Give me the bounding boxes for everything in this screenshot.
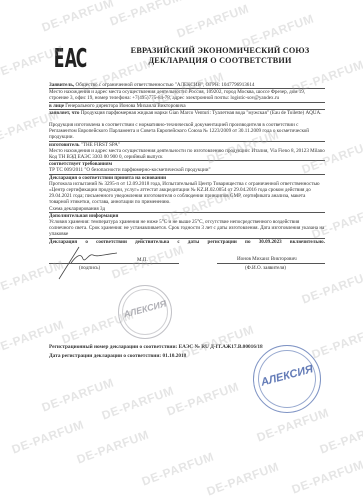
requirements-value: ТР ТС 009/2011 "О безопасности парфюмерн…: [49, 167, 325, 174]
person-label: в лице: [49, 103, 64, 109]
registration-date-value: 01.10.2018: [162, 353, 186, 359]
declaration-page: Е А С ЕВРАЗИЙСКИЙ ЭКОНОМИЧЕСКИЙ СОЮЗ ДЕК…: [0, 0, 363, 500]
eac-logo: Е А С: [52, 45, 82, 73]
declares-label: заявляет, что: [49, 110, 79, 116]
manufacturer-value: "THE FIRST SPA": [81, 142, 120, 148]
watermark: DE-PARFUM: [40, 375, 116, 414]
registration-date-label: Дата регистрации декларации о соответств…: [49, 353, 161, 359]
watermark: DE-PARFUM: [100, 383, 176, 422]
watermark: DE-PARFUM: [108, 0, 184, 29]
watermark: DE-PARFUM: [175, 1, 251, 40]
production-note: Продукция изготовлена в соответствии с н…: [49, 122, 325, 142]
eac-logo-letter: С: [76, 45, 81, 73]
watermark: DE-PARFUM: [40, 0, 116, 35]
eac-logo-letter: А: [65, 45, 70, 73]
watermark: DE-PARFUM: [10, 417, 86, 456]
additional-value: Условия хранения: температура хранения н…: [49, 219, 325, 239]
name-caption: (Ф.И.О. заявителя): [245, 265, 286, 271]
watermark: DE-PARFUM: [318, 417, 363, 456]
basis-value: Протокола испытаний № 3295-п от 12.09.20…: [49, 181, 325, 206]
signature-line: [49, 263, 179, 264]
seal-stamp-gray: АЛЕКСИЯ: [118, 285, 172, 339]
watermark: DE-PARFUM: [290, 457, 363, 496]
declares-row: заявляет, что Продукция парфюмерная жидк…: [49, 110, 325, 116]
declaration-scheme: Схема декларирования 3д: [49, 206, 325, 213]
applicant-address: Место нахождения и адрес места осуществл…: [49, 89, 325, 102]
signature-caption: (подпись): [79, 265, 100, 271]
stamp-text: АЛЕКСИЯ: [119, 297, 172, 320]
registration-number-value: ЕАЭС № RU Д-IT.АЖ17.В.00016/18: [179, 344, 263, 350]
eac-logo-letter: Е: [54, 45, 59, 73]
stamp-text: АЛЕКСИЯ: [254, 362, 321, 391]
watermark: DE-PARFUM: [75, 427, 151, 466]
document-title: ЕВРАЗИЙСКИЙ ЭКОНОМИЧЕСКИЙ СОЮЗ ДЕКЛАРАЦИ…: [100, 46, 340, 66]
document-header: Е А С ЕВРАЗИЙСКИЙ ЭКОНОМИЧЕСКИЙ СОЮЗ ДЕК…: [52, 42, 322, 76]
manufacturer-label: изготовитель: [49, 142, 80, 148]
seal-stamp-blue: АЛЕКСИЯ: [253, 345, 321, 413]
signature-icon: [57, 241, 127, 281]
watermark: DE-PARFUM: [165, 379, 241, 418]
watermark: DE-PARFUM: [205, 459, 281, 498]
seal-caption: М.П.: [137, 257, 148, 263]
signature-block: (подпись) М.П. Ионов Михаил Викторович (…: [49, 249, 325, 275]
title-line-2: ДЕКЛАРАЦИЯ О СООТВЕТСТВИИ: [100, 56, 340, 66]
applicant-person-row: в лице Генерального директора Ионова Мих…: [49, 103, 325, 110]
signatory-name: Ионов Михаил Викторович: [237, 256, 297, 262]
applicant-label: Заявитель,: [49, 82, 74, 88]
declaration-body: Заявитель, Общество с ограниченной ответ…: [49, 82, 325, 275]
title-line-1: ЕВРАЗИЙСКИЙ ЭКОНОМИЧЕСКИЙ СОЮЗ: [100, 46, 340, 56]
person-value: Генерального директора Ионова Михаила Ви…: [65, 103, 185, 109]
watermark: DE-PARFUM: [140, 449, 216, 488]
applicant-value: Общество с ограниченной ответственностью…: [76, 82, 255, 88]
registration-number-label: Регистрационный номер декларации о соотв…: [49, 344, 177, 350]
applicant-row: Заявитель, Общество с ограниченной ответ…: [49, 82, 325, 89]
declares-value: Продукция парфюмерная жидкая марки Gian …: [81, 110, 322, 116]
name-line: [217, 263, 325, 264]
